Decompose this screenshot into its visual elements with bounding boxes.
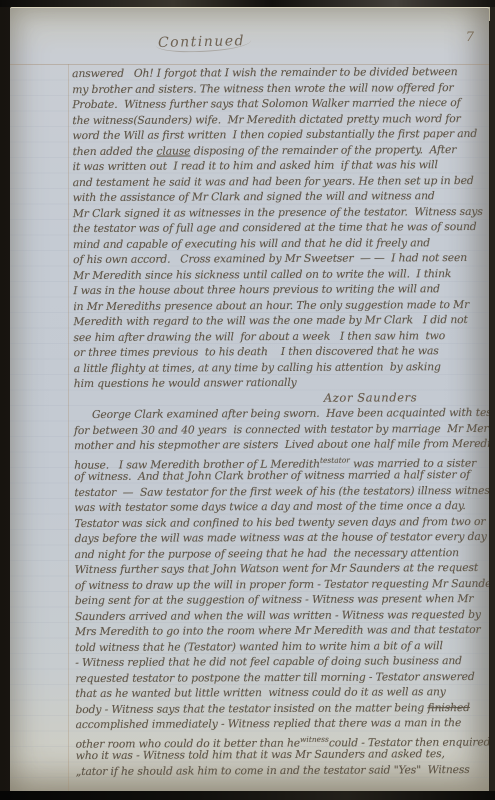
manuscript-line: - Witness replied that he did not feel c… [75, 653, 486, 671]
manuscript-segment: requested testator to postpone the matte… [75, 669, 474, 684]
manuscript-segment: then added the [73, 144, 157, 157]
manuscript-segment: testator — Saw testator for the first we… [74, 483, 489, 498]
photo-edge-top [0, 0, 495, 7]
manuscript-segment: and night for the purpose of seeing that… [75, 546, 459, 561]
manuscript-segment-underline: clause [156, 144, 190, 157]
manuscript-line: that as he wanted but little written wit… [75, 684, 486, 702]
manuscript-segment: days before the will was made witness wa… [75, 530, 487, 545]
manuscript-line: word the Will as first written I then co… [72, 126, 483, 144]
manuscript-segment: see him after drawing the will for about… [73, 329, 445, 344]
manuscript-page: Continued 7 answered Oh! I forgot that I… [10, 7, 489, 793]
manuscript-line: answered Oh! I forgot that I wish the re… [72, 64, 483, 82]
manuscript-segment: accomplished immediately - Witness repli… [76, 716, 462, 731]
manuscript-segment: him questions he would answer rationally [74, 376, 297, 390]
manuscript-line: of witness. And that John Clark brother … [74, 467, 485, 485]
manuscript-line: who it was - Witness told him that it wa… [76, 746, 487, 764]
continued-heading: Continued [156, 33, 251, 53]
manuscript-segment: Mr Clark signed it as witnesses in the p… [73, 204, 483, 219]
manuscript-line: accomplished immediately - Witness repli… [76, 715, 487, 733]
manuscript-segment: being sent for at the suggestion of witn… [75, 592, 474, 607]
manuscript-segment: I was in the house about three hours pre… [73, 282, 440, 297]
manuscript-line: I was in the house about three hours pre… [73, 281, 484, 299]
manuscript-line: the testator was of full age and conside… [73, 219, 484, 237]
manuscript-segment: was with testator some days twice a day … [74, 499, 465, 514]
photo-edge-bottom [0, 791, 495, 800]
manuscript-segment: or three times previous to his death I t… [74, 344, 439, 359]
manuscript-segment: in Mr Merediths presence about an hour. … [73, 298, 469, 313]
manuscript-segment: Azor Saunders [324, 390, 417, 404]
manuscript-segment: mind and capable of executing his will a… [73, 236, 430, 251]
manuscript-segment: it was written out I read it to him and … [73, 158, 438, 173]
manuscript-segment: disposing of the remainder of the proper… [190, 143, 456, 157]
manuscript-segment: „tator if he should ask him to come in a… [76, 763, 470, 778]
manuscript-segment: for between 30 and 40 years is connected… [74, 421, 489, 436]
manuscript-segment: Meredith with regard to the will was the… [73, 313, 467, 328]
manuscript-body: answered Oh! I forgot that I wish the re… [72, 64, 487, 793]
manuscript-line: Witness further says that John Watson we… [75, 560, 486, 578]
manuscript-line: of his own accord. Cross examined by Mr … [73, 250, 484, 268]
manuscript-line: days before the will was made witness wa… [75, 529, 486, 547]
manuscript-segment: a little flighty at times, at any time b… [74, 360, 441, 375]
manuscript-line: being sent for at the suggestion of witn… [75, 591, 486, 609]
manuscript-segment-strike: finished [427, 701, 470, 714]
manuscript-line: „tator if he should ask him to come in a… [76, 761, 487, 779]
manuscript-segment: body - Witness says that the testator in… [75, 701, 427, 716]
manuscript-line: or three times previous to his death I t… [74, 343, 485, 361]
photographed-ledger-page: Continued 7 answered Oh! I forgot that I… [0, 0, 495, 800]
manuscript-segment: told witness that he (Testator) wanted h… [75, 639, 443, 654]
manuscript-segment: Mrs Meredith to go into the room where M… [75, 623, 481, 638]
manuscript-segment: George Clark examined after being sworn.… [92, 406, 489, 421]
manuscript-segment: of witness to draw up the will in proper… [75, 576, 489, 591]
manuscript-line: a little flighty at times, at any time b… [74, 358, 485, 376]
manuscript-line: George Clark examined after being sworn.… [74, 405, 485, 423]
manuscript-line: was with testator some days twice a day … [74, 498, 485, 516]
manuscript-line: Meredith with regard to the will was the… [73, 312, 484, 330]
manuscript-line: it was written out I read it to him and … [73, 157, 484, 175]
manuscript-segment: answered Oh! I forgot that I wish the re… [72, 65, 458, 80]
manuscript-segment: Probate. Witness further says that Solom… [72, 96, 460, 111]
manuscript-segment: the testator was of full age and conside… [73, 220, 477, 235]
manuscript-line: with the assistance of Mr Clark and sign… [73, 188, 484, 206]
margin-rule-vertical [68, 64, 69, 793]
manuscript-segment: with the assistance of Mr Clark and sign… [73, 189, 435, 204]
manuscript-segment: word the Will as first written I then co… [72, 127, 477, 142]
manuscript-line: Probate. Witness further says that Solom… [72, 95, 483, 113]
manuscript-segment: Testator was sick and confined to his be… [74, 514, 489, 529]
manuscript-line: Mrs Meredith to go into the room where M… [75, 622, 486, 640]
manuscript-segment: - Witness replied that he did not feel c… [75, 654, 462, 669]
manuscript-segment: that as he wanted but little written wit… [75, 685, 445, 700]
page-number: 7 [466, 30, 474, 45]
manuscript-segment: and testament he said it was and had bee… [73, 173, 474, 188]
manuscript-segment: of his own accord. Cross examined by Mr … [73, 251, 467, 266]
manuscript-segment: the witness(Saunders) wife. Mr Meredith … [72, 112, 460, 127]
manuscript-line: mother and his stepmother are sisters Li… [74, 436, 485, 454]
manuscript-segment: of witness. And that John Clark brother … [74, 468, 470, 483]
manuscript-segment: mother and his stepmother are sisters Li… [74, 437, 489, 452]
manuscript-segment-sup: testator [320, 455, 350, 464]
manuscript-segment: Witness further says that John Watson we… [75, 561, 478, 576]
manuscript-segment: who it was - Witness told him that it wa… [76, 747, 445, 762]
manuscript-segment: Saunders arrived and when the will was w… [75, 607, 481, 622]
manuscript-segment-sup: witness [300, 734, 329, 743]
manuscript-segment: my brother and sisters. The witness then… [72, 81, 453, 96]
manuscript-segment: Mr Meredith since his sickness until cal… [73, 267, 451, 282]
